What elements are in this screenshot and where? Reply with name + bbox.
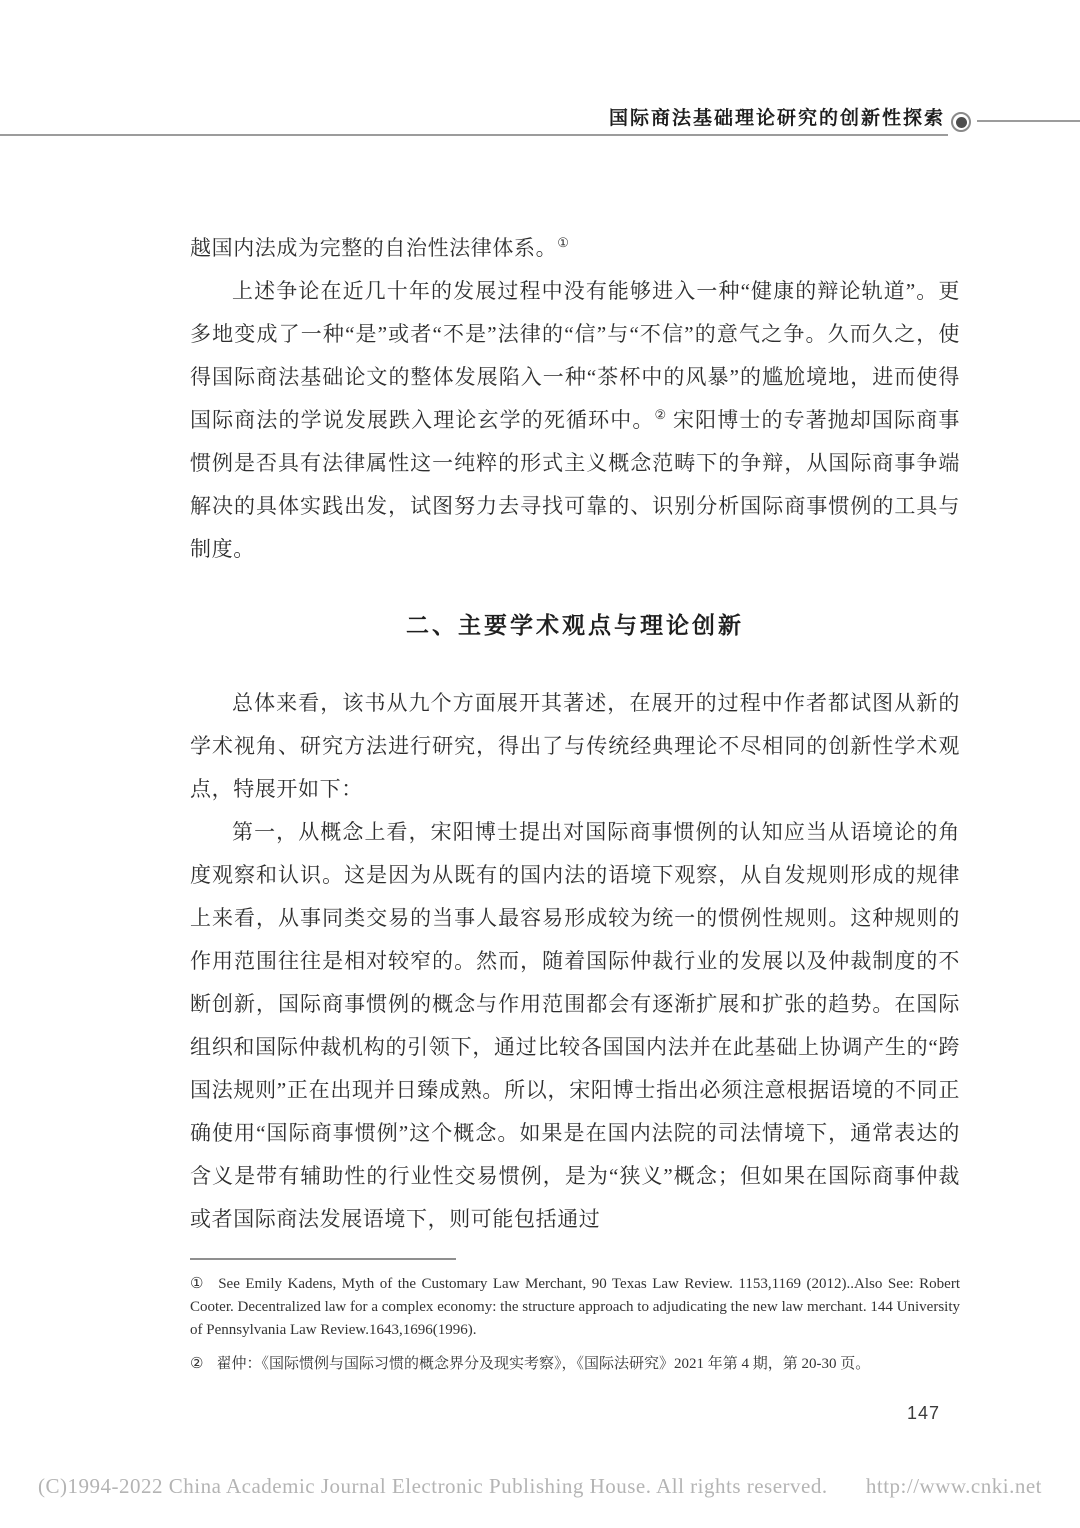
intro-paragraphs: 越国内法成为完整的自治性法律体系。①上述争论在近几十年的发展过程中没有能够进入一… [190, 227, 960, 571]
running-title: 国际商法基础理论研究的创新性探索 [609, 103, 945, 130]
paragraph: 越国内法成为完整的自治性法律体系。① [190, 227, 960, 270]
footnote-ref: ① [557, 235, 569, 250]
text-run: 总体来看，该书从九个方面展开其著述，在展开的过程中作者都试图从新的学术视角、研究… [190, 691, 960, 801]
footnotes-block: ①See Emily Kadens, Myth of the Customary… [190, 1258, 960, 1387]
footer-url: http://www.cnki.net [866, 1474, 1042, 1499]
page-header: 国际商法基础理论研究的创新性探索 [0, 103, 1080, 145]
footnote: ①See Emily Kadens, Myth of the Customary… [190, 1273, 960, 1342]
footnote-marker: ① [190, 1276, 205, 1292]
header-underline [0, 134, 948, 136]
journal-page: 国际商法基础理论研究的创新性探索 越国内法成为完整的自治性法律体系。①上述争论在… [0, 0, 1080, 1528]
footnote-marker: ② [190, 1356, 203, 1372]
page-number: 147 [907, 1403, 940, 1424]
footnote-separator [190, 1258, 456, 1260]
footnote-text: See Emily Kadens, Myth of the Customary … [190, 1276, 960, 1338]
footnote-list: ①See Emily Kadens, Myth of the Customary… [190, 1273, 960, 1376]
paragraph: 第一，从概念上看，宋阳博士提出对国际商事惯例的认知应当从语境论的角度观察和认识。… [190, 811, 960, 1241]
article-body: 越国内法成为完整的自治性法律体系。①上述争论在近几十年的发展过程中没有能够进入一… [190, 227, 960, 1241]
bullet-circle-dot [956, 117, 967, 128]
footnote-text: 翟仲：《国际惯例与国际习惯的概念界分及现实考察》，《国际法研究》2021 年第 … [216, 1356, 870, 1372]
copyright-text: (C)1994-2022 China Academic Journal Elec… [38, 1474, 828, 1499]
section-paragraphs: 总体来看，该书从九个方面展开其著述，在展开的过程中作者都试图从新的学术视角、研究… [190, 682, 960, 1241]
text-run: 越国内法成为完整的自治性法律体系。 [190, 236, 557, 260]
header-rule [977, 120, 1080, 122]
paragraph: 总体来看，该书从九个方面展开其著述，在展开的过程中作者都试图从新的学术视角、研究… [190, 682, 960, 811]
page-footer: (C)1994-2022 China Academic Journal Elec… [38, 1474, 1042, 1499]
bullet-circle-icon [951, 112, 971, 132]
text-run: 第一，从概念上看，宋阳博士提出对国际商事惯例的认知应当从语境论的角度观察和认识。… [190, 820, 960, 1231]
paragraph: 上述争论在近几十年的发展过程中没有能够进入一种“健康的辩论轨道”。更多地变成了一… [190, 270, 960, 571]
section-heading: 二、主要学术观点与理论创新 [190, 607, 960, 640]
footnote-ref: ② [654, 407, 666, 422]
footnote: ②翟仲：《国际惯例与国际习惯的概念界分及现实考察》，《国际法研究》2021 年第… [190, 1353, 960, 1376]
